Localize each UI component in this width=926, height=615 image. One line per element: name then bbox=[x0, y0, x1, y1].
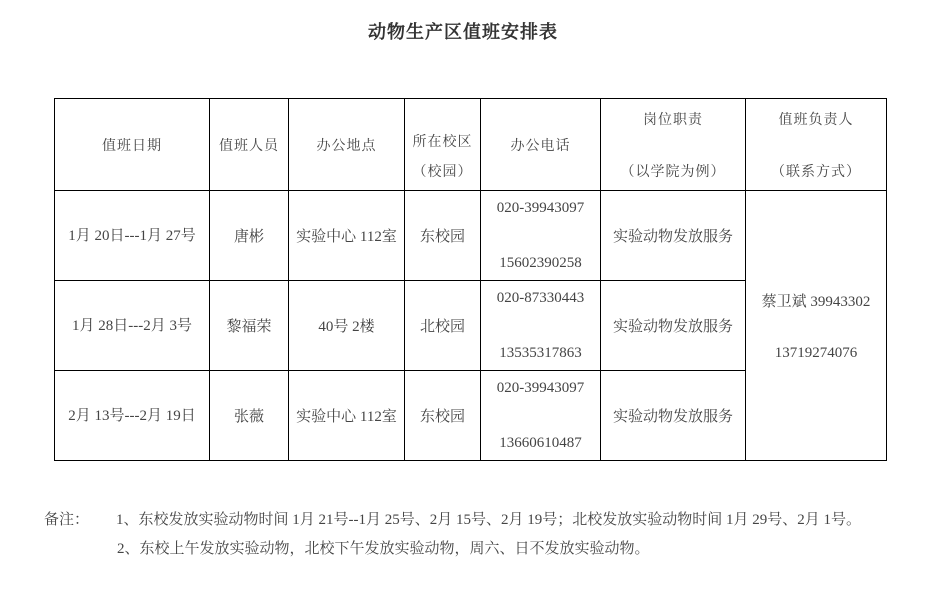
phone-office: 020-39943097 bbox=[497, 380, 585, 397]
table-row: 1月 20日---1月 27号 唐彬 实验中心 112室 东校园 020-399… bbox=[55, 191, 887, 281]
cell-staff: 张薇 bbox=[210, 371, 289, 461]
page-title: 动物生产区值班安排表 bbox=[0, 18, 926, 44]
note-item-1: 备注：1、东校发放实验动物时间 1月 21号--1月 25号、2月 15号、2月… bbox=[44, 506, 894, 535]
cell-duty: 实验动物发放服务 bbox=[601, 281, 746, 371]
cell-phone: 020-87330443 13535317863 bbox=[481, 281, 601, 371]
cell-phone: 020-39943097 15602390258 bbox=[481, 191, 601, 281]
cell-leader: 蔡卫斌 39943302 13719274076 bbox=[746, 191, 887, 461]
note-item-1-text: 1、东校发放实验动物时间 1月 21号--1月 25号、2月 15号、2月 19… bbox=[116, 512, 861, 528]
header-date: 值班日期 bbox=[55, 99, 210, 191]
cell-duty: 实验动物发放服务 bbox=[601, 371, 746, 461]
phone-mobile: 15602390258 bbox=[499, 255, 582, 272]
notes-section: 备注：1、东校发放实验动物时间 1月 21号--1月 25号、2月 15号、2月… bbox=[44, 506, 894, 564]
cell-duty: 实验动物发放服务 bbox=[601, 191, 746, 281]
header-phone: 办公电话 bbox=[481, 99, 601, 191]
leader-name-phone: 蔡卫斌 39943302 bbox=[762, 290, 871, 311]
notes-label: 备注： bbox=[44, 506, 116, 535]
duty-schedule-table: 值班日期 值班人员 办公地点 所在校区 （校园） 办公电话 岗位职责 （以学院为… bbox=[54, 98, 887, 461]
cell-date: 1月 28日---2月 3号 bbox=[55, 281, 210, 371]
note-item-2: 2、东校上午发放实验动物，北校下午发放实验动物，周六、日不发放实验动物。 bbox=[44, 535, 894, 564]
header-duty-line1: 岗位职责 bbox=[643, 109, 703, 129]
cell-office: 实验中心 112室 bbox=[289, 371, 405, 461]
cell-campus: 东校园 bbox=[405, 371, 481, 461]
header-duty: 岗位职责 （以学院为例） bbox=[601, 99, 746, 191]
header-staff: 值班人员 bbox=[210, 99, 289, 191]
header-campus: 所在校区 （校园） bbox=[405, 99, 481, 191]
cell-staff: 黎福荣 bbox=[210, 281, 289, 371]
header-duty-line2: （以学院为例） bbox=[621, 161, 726, 181]
header-campus-line1: 所在校区 bbox=[413, 131, 473, 151]
phone-office: 020-39943097 bbox=[497, 200, 585, 217]
cell-date: 1月 20日---1月 27号 bbox=[55, 191, 210, 281]
header-campus-line2: （校园） bbox=[413, 161, 473, 181]
cell-campus: 东校园 bbox=[405, 191, 481, 281]
phone-mobile: 13535317863 bbox=[499, 345, 582, 362]
table-header-row: 值班日期 值班人员 办公地点 所在校区 （校园） 办公电话 岗位职责 （以学院为… bbox=[55, 99, 887, 191]
header-office: 办公地点 bbox=[289, 99, 405, 191]
cell-staff: 唐彬 bbox=[210, 191, 289, 281]
header-leader: 值班负责人 （联系方式） bbox=[746, 99, 887, 191]
cell-campus: 北校园 bbox=[405, 281, 481, 371]
cell-date: 2月 13号---2月 19日 bbox=[55, 371, 210, 461]
phone-mobile: 13660610487 bbox=[499, 435, 582, 452]
header-leader-line2: （联系方式） bbox=[771, 161, 861, 181]
leader-mobile: 13719274076 bbox=[775, 345, 858, 362]
header-leader-line1: 值班负责人 bbox=[779, 109, 854, 129]
cell-office: 实验中心 112室 bbox=[289, 191, 405, 281]
cell-phone: 020-39943097 13660610487 bbox=[481, 371, 601, 461]
phone-office: 020-87330443 bbox=[497, 290, 585, 307]
cell-office: 40号 2楼 bbox=[289, 281, 405, 371]
